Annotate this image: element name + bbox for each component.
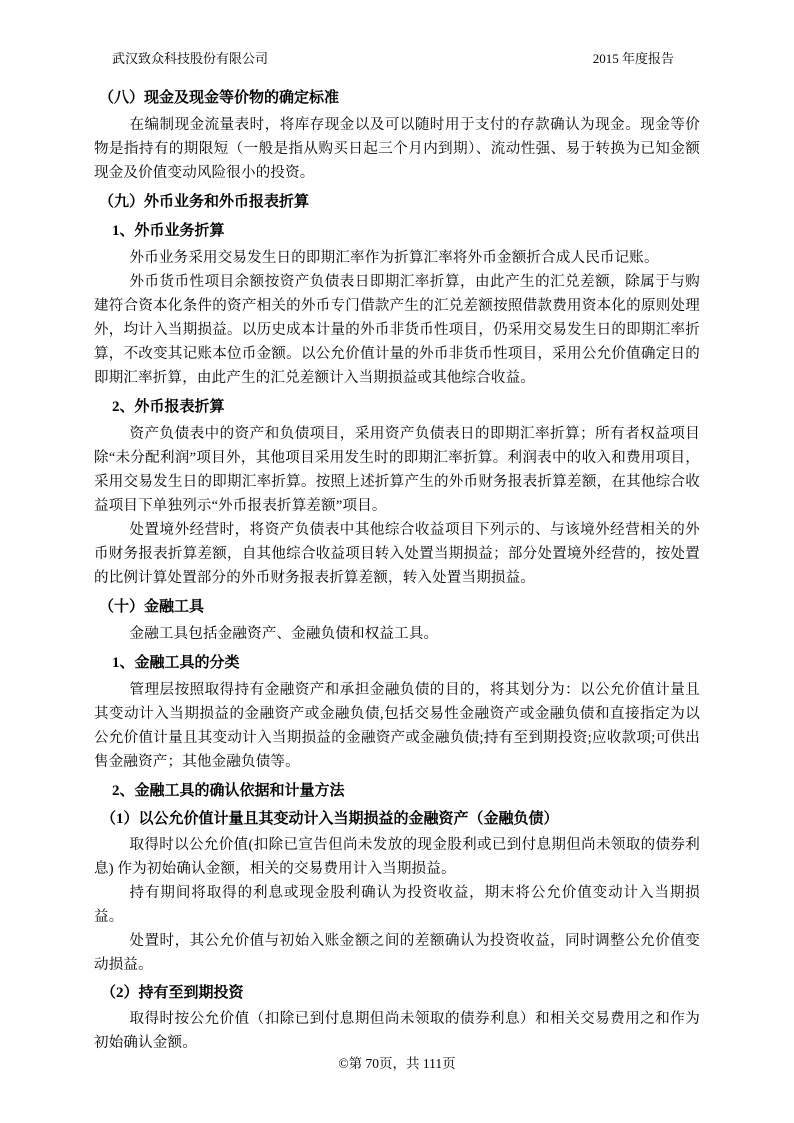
page-header: 武汉致众科技股份有限公司 2015 年度报告	[112, 50, 674, 67]
numbered-heading-fi-recognition: 2、金融工具的确认依据和计量方法	[94, 779, 700, 803]
sub-heading-held-to-maturity: （2）持有至到期投资	[94, 981, 700, 1005]
numbered-heading-fc-business: 1、外币业务折算	[94, 219, 700, 243]
header-report-title: 2015 年度报告	[593, 50, 674, 67]
paragraph-fvtpl-disposal: 处置时，其公允价值与初始入账金额之间的差额确认为投资收益，同时调整公允价值变动损…	[94, 929, 700, 977]
paragraph-fc-monetary-items: 外币货币性项目余额按资产负债表日即期汇率折算，由此产生的汇兑差额，除属于与购建符…	[94, 270, 700, 390]
page-number-text: ©第 70页，共 111页	[338, 1056, 455, 1071]
paragraph-htm-initial: 取得时按公允价值（扣除已到付息期但尚未领取的债券利息）和相关交易费用之和作为初始…	[94, 1007, 700, 1055]
paragraph-fc-balance-sheet: 资产负债表中的资产和负债项目，采用资产负债表日的即期汇率折算；所有者权益项目除“…	[94, 422, 700, 518]
section-heading-cash-equivalents: （八）现金及现金等价物的确定标准	[94, 86, 700, 110]
paragraph-fi-classification: 管理层按照取得持有金融资产和承担金融负债的目的，将其划分为：以公允价值计量且其变…	[94, 678, 700, 774]
sub-heading-fvtpl-assets: （1）以公允价值计量且其变动计入当期损益的金融资产（金融负债）	[94, 807, 700, 831]
paragraph-cash-definition: 在编制现金流量表时，将库存现金以及可以随时用于支付的存款确认为现金。现金等价物是…	[94, 113, 700, 185]
paragraph-fvtpl-holding: 持有期间将取得的利息或现金股利确认为投资收益，期末将公允价值变动计入当期损益。	[94, 881, 700, 929]
document-body: （八）现金及现金等价物的确定标准 在编制现金流量表时，将库存现金以及可以随时用于…	[94, 81, 700, 1055]
paragraph-fi-scope: 金融工具包括金融资产、金融负债和权益工具。	[94, 622, 700, 646]
paragraph-fc-business-rate: 外币业务采用交易发生日的即期汇率作为折算汇率将外币金额折合成人民币记账。	[94, 246, 700, 270]
header-company-name: 武汉致众科技股份有限公司	[112, 50, 268, 67]
page-footer: ©第 70页，共 111页	[94, 1055, 700, 1073]
numbered-heading-fc-statements: 2、外币报表折算	[94, 395, 700, 419]
document-page: 武汉致众科技股份有限公司 2015 年度报告 （八）现金及现金等价物的确定标准 …	[0, 0, 794, 1123]
numbered-heading-fi-classification: 1、金融工具的分类	[94, 651, 700, 675]
paragraph-fc-disposal: 处置境外经营时，将资产负债表中其他综合收益项目下列示的、与该境外经营相关的外币财…	[94, 518, 700, 590]
section-heading-foreign-currency: （九）外币业务和外币报表折算	[94, 190, 700, 214]
section-heading-financial-instruments: （十）金融工具	[94, 595, 700, 619]
paragraph-fvtpl-initial: 取得时以公允价值(扣除已宣告但尚未发放的现金股利或已到付息期但尚未领取的债券利息…	[94, 833, 700, 881]
